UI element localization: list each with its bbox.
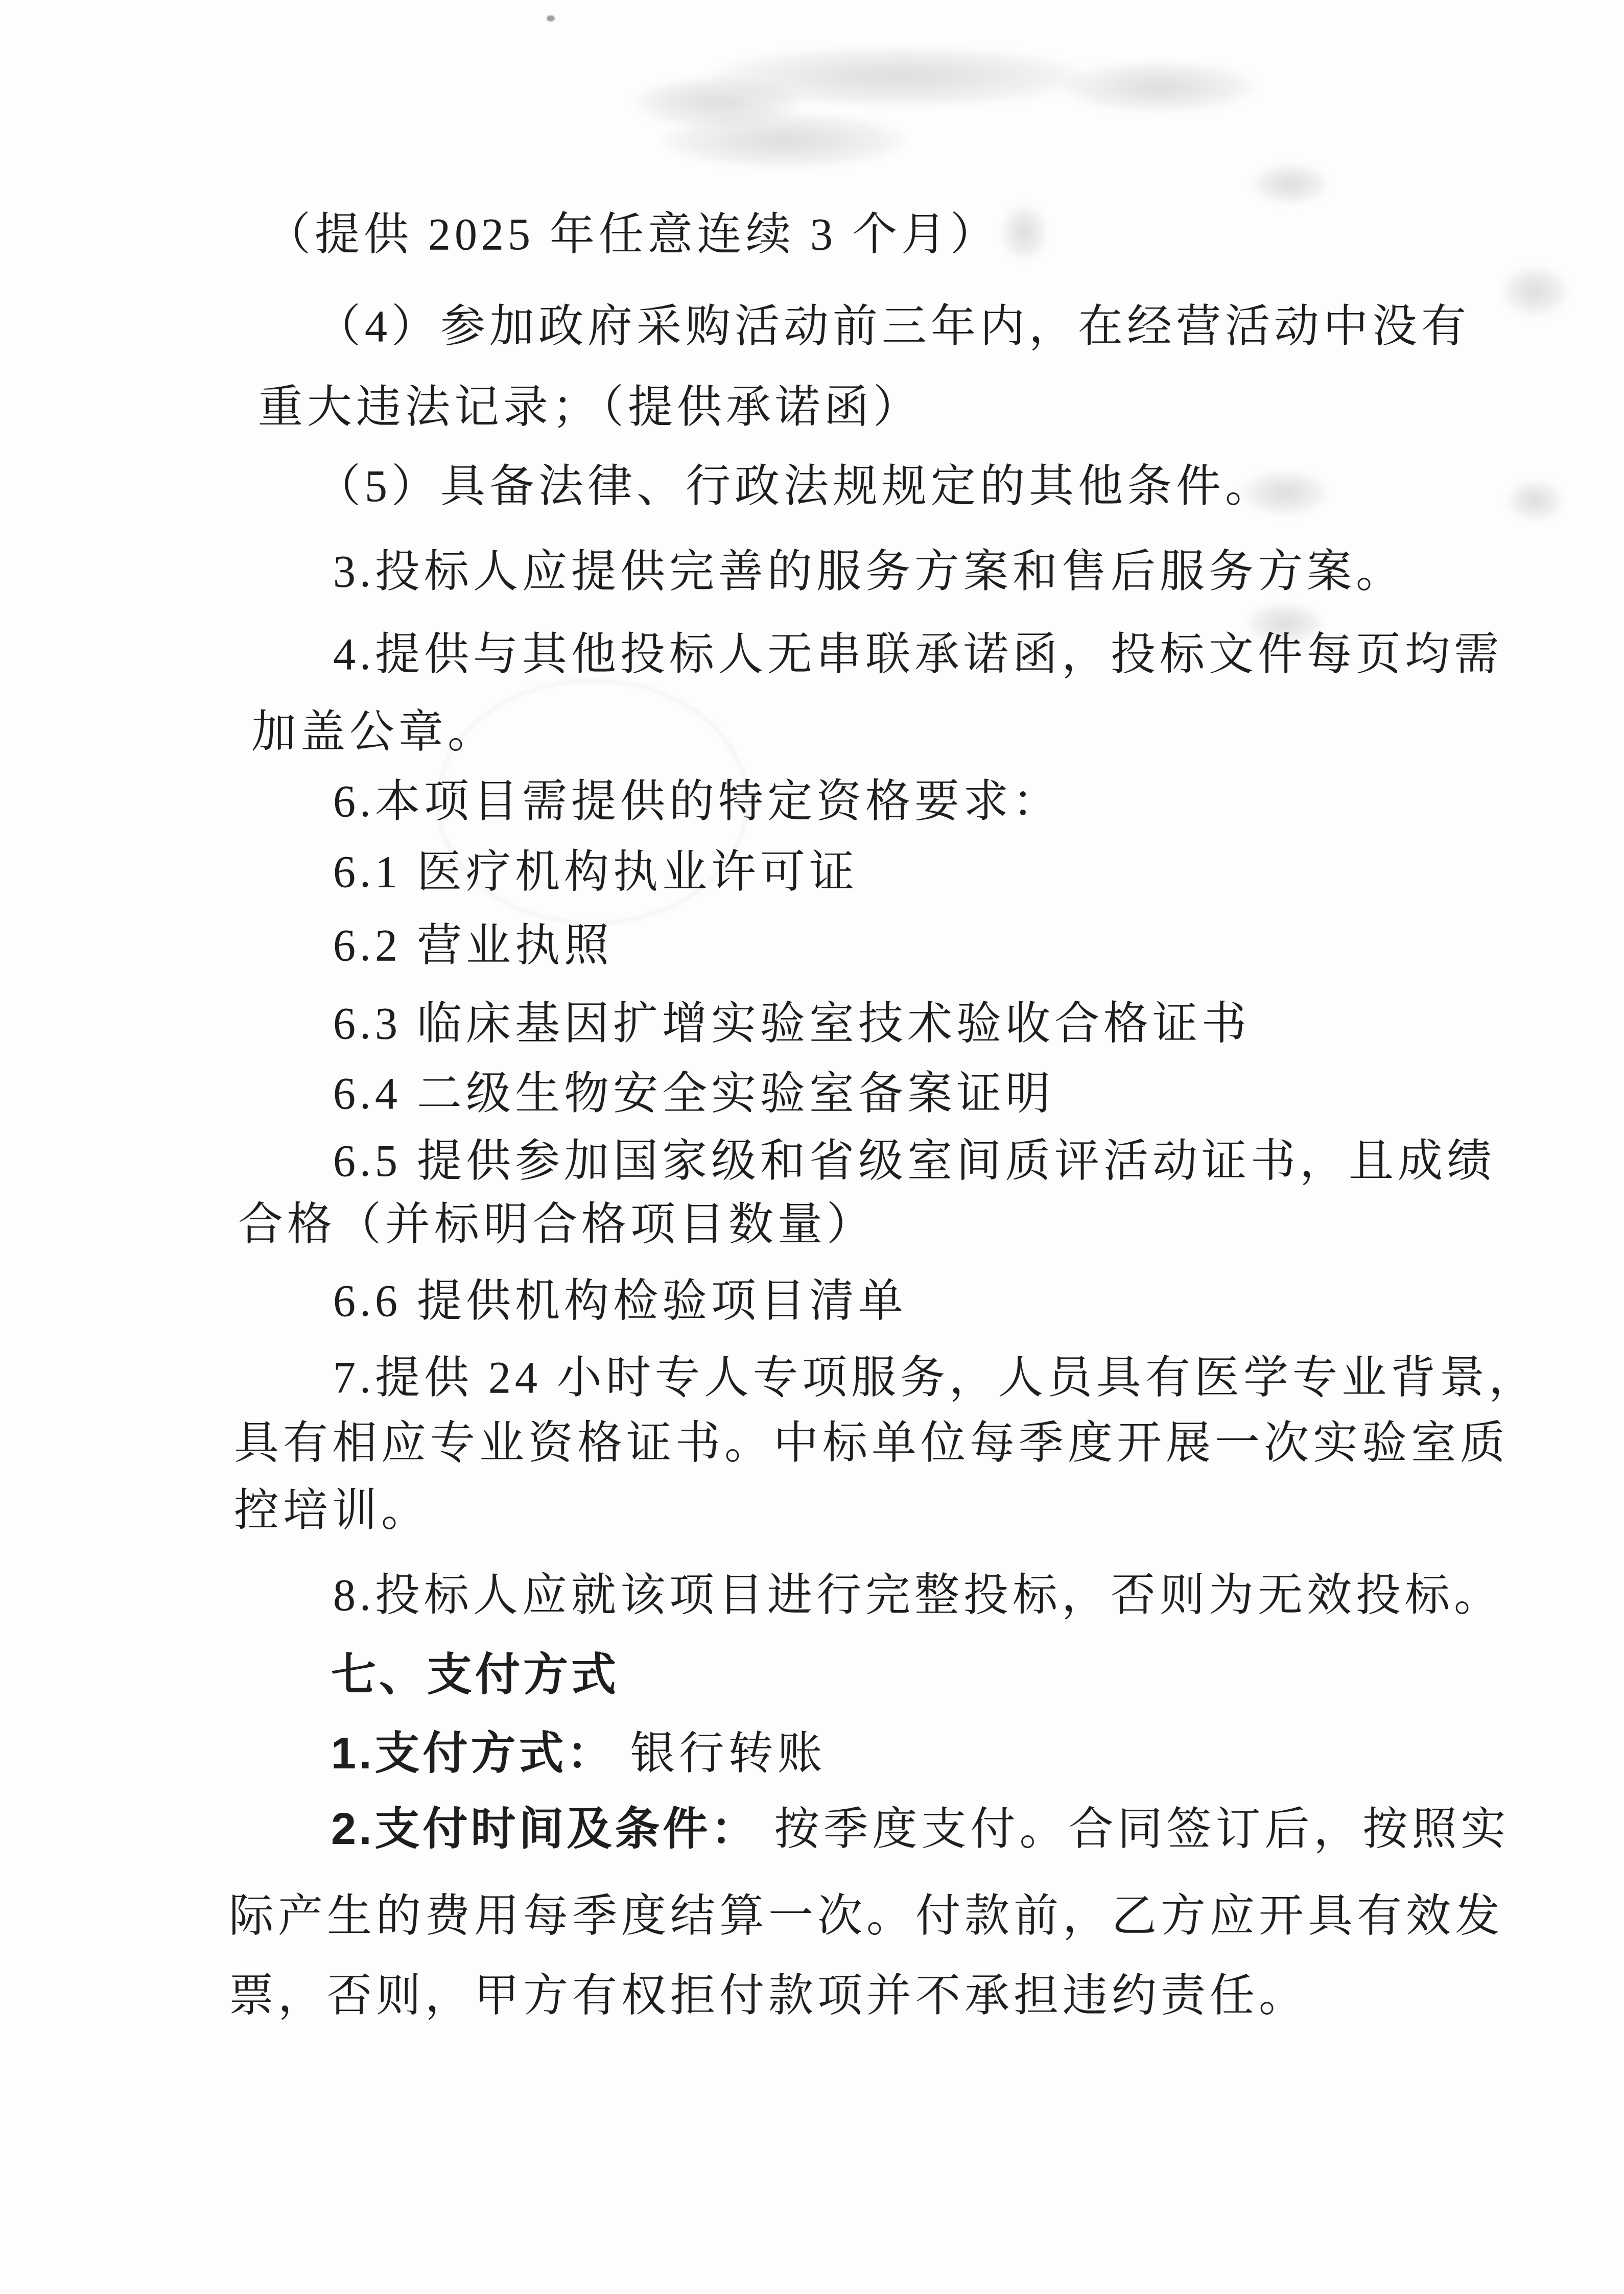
heading-text: 七、支付方式 — [331, 1649, 619, 1699]
text-line: 8.投标人应就该项目进行完整投标，否则为无效投标。 — [333, 1571, 1503, 1621]
line-text: 6.6 提供机构检验项目清单 — [333, 1276, 907, 1326]
bleedthrough-smudge — [1502, 266, 1568, 317]
bleedthrough-smudge — [662, 112, 907, 169]
text-line: 6.2 营业执照 — [333, 921, 613, 971]
line-text: 票，否则，甲方有权拒付款项并不承担违约责任。 — [229, 1971, 1308, 2021]
line-text: 合格（并标明合格项目数量） — [238, 1200, 876, 1249]
line-text: （提供 2025 年任意连续 3 个月） — [266, 210, 999, 259]
line-text: 6.4 二级生物安全实验室备案证明 — [333, 1069, 1054, 1119]
line-text: 3.投标人应提供完善的服务方案和售后服务方案。 — [333, 547, 1405, 597]
text-line: 3.投标人应提供完善的服务方案和售后服务方案。 — [333, 548, 1405, 597]
line-text: 6.5 提供参加国家级和省级室间质评活动证书，且成绩 — [333, 1137, 1496, 1186]
line-text: 重大违法记录；（提供承诺函） — [258, 383, 922, 432]
scan-speck — [547, 15, 555, 21]
line-text: 加盖公章。 — [251, 707, 497, 757]
text-line: 重大违法记录；（提供承诺函） — [258, 383, 922, 433]
payment-terms-label: 2.支付时间及条件： — [331, 1803, 759, 1854]
line-text: 6.2 营业执照 — [333, 921, 613, 971]
bleedthrough-smudge — [1252, 163, 1328, 204]
line-text: 6.1 医疗机构执业许可证 — [333, 847, 858, 897]
bleedthrough-smudge — [1001, 204, 1047, 261]
text-line: 控培训。 — [234, 1486, 430, 1536]
text-line: 6.6 提供机构检验项目清单 — [333, 1277, 907, 1327]
text-line: 票，否则，甲方有权拒付款项并不承担违约责任。 — [229, 1972, 1308, 2021]
line-text: 具有相应专业资格证书。中标单位每季度开展一次实验室质 — [234, 1418, 1509, 1468]
line-text: 4.提供与其他投标人无串联承诺函，投标文件每页均需 — [333, 630, 1503, 679]
line-text: 7.提供 24 小时专人专项服务，人员具有医学专业背景， — [333, 1353, 1538, 1403]
text-line: 6.3 临床基因扩增实验室技术验收合格证书 — [333, 1000, 1251, 1049]
text-line: 6.本项目需提供的特定资格要求： — [333, 777, 1062, 827]
text-line: 6.1 医疗机构执业许可证 — [333, 848, 858, 897]
payment-terms-value: 按季度支付。合同签订后，按照实 — [774, 1805, 1510, 1854]
text-line: 加盖公章。 — [251, 708, 497, 758]
text-line: 4.提供与其他投标人无串联承诺函，投标文件每页均需 — [333, 630, 1503, 680]
text-line: （提供 2025 年任意连续 3 个月） — [266, 210, 999, 260]
text-line: 合格（并标明合格项目数量） — [238, 1200, 876, 1250]
text-line: 2.支付时间及条件：按季度支付。合同签订后，按照实 — [331, 1804, 1510, 1855]
line-text: （4）参加政府采购活动前三年内，在经营活动中没有 — [316, 302, 1470, 351]
section-heading-payment: 七、支付方式 — [331, 1650, 619, 1699]
text-line: （4）参加政府采购活动前三年内，在经营活动中没有 — [316, 302, 1470, 352]
text-line: 1.支付方式：银行转账 — [331, 1729, 826, 1779]
text-line: 6.4 二级生物安全实验室备案证明 — [333, 1070, 1054, 1119]
text-line: 际产生的费用每季度结算一次。付款前，乙方应开具有效发 — [229, 1892, 1504, 1942]
bleedthrough-smudge — [1507, 480, 1563, 521]
text-line: 7.提供 24 小时专人专项服务，人员具有医学专业背景， — [333, 1354, 1538, 1403]
line-text: 控培训。 — [234, 1486, 430, 1535]
line-text: 际产生的费用每季度结算一次。付款前，乙方应开具有效发 — [229, 1891, 1504, 1941]
line-text: （5）具备法律、行政法规规定的其他条件。 — [316, 462, 1274, 511]
payment-method-value: 银行转账 — [630, 1729, 826, 1779]
bleedthrough-smudge — [1063, 61, 1257, 112]
document-page: （提供 2025 年任意连续 3 个月） （4）参加政府采购活动前三年内，在经营… — [0, 0, 1624, 2294]
line-text: 6.本项目需提供的特定资格要求： — [333, 777, 1062, 826]
line-text: 6.3 临床基因扩增实验室技术验收合格证书 — [333, 999, 1251, 1049]
text-line: （5）具备法律、行政法规规定的其他条件。 — [316, 462, 1274, 512]
line-text: 8.投标人应就该项目进行完整投标，否则为无效投标。 — [333, 1571, 1503, 1620]
text-line: 6.5 提供参加国家级和省级室间质评活动证书，且成绩 — [333, 1137, 1496, 1187]
payment-method-label: 1.支付方式： — [331, 1728, 615, 1778]
text-line: 具有相应专业资格证书。中标单位每季度开展一次实验室质 — [234, 1419, 1509, 1469]
